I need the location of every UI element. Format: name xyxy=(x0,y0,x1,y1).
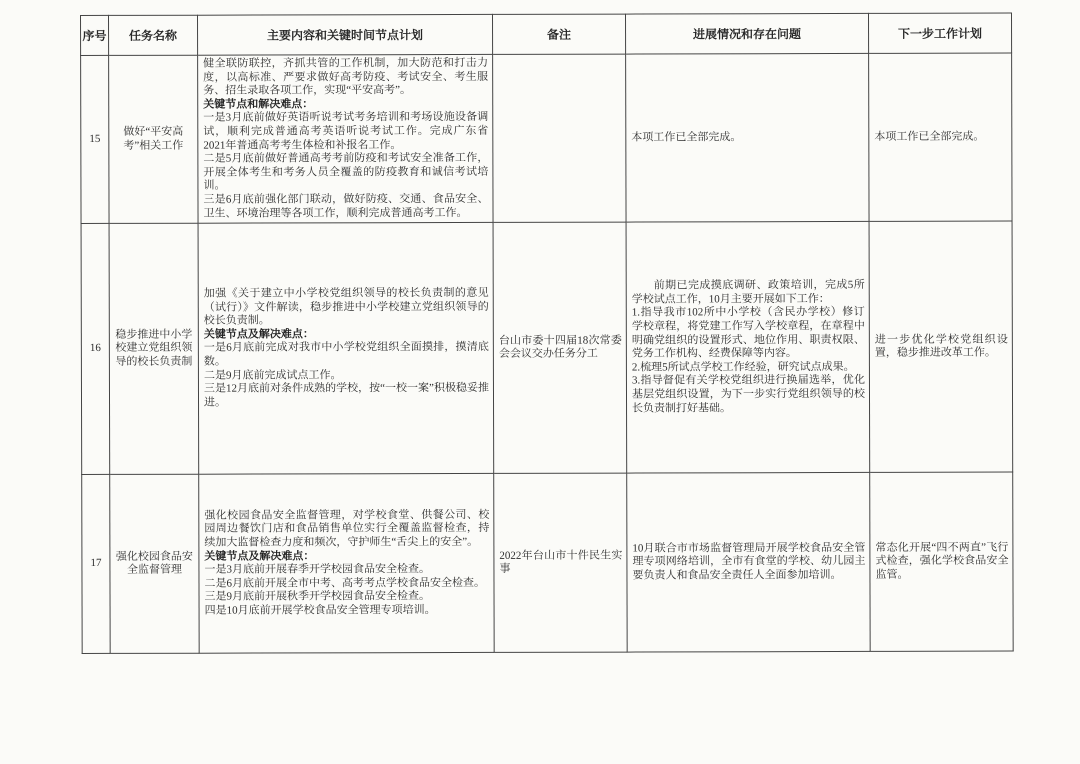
header-cell-main-content: 主要内容和关键时间节点计划 xyxy=(198,14,493,55)
remark-cell xyxy=(493,54,626,222)
seq-cell: 15 xyxy=(81,55,109,223)
scanned-document-page: 序号 任务名称 主要内容和关键时间节点计划 备注 进展情况和存在问题 下一步工作… xyxy=(0,0,1080,764)
next-plan-cell: 本项工作已全部完成。 xyxy=(869,53,1012,221)
header-cell-remark: 备注 xyxy=(492,14,625,54)
work-plan-table: 序号 任务名称 主要内容和关键时间节点计划 备注 进展情况和存在问题 下一步工作… xyxy=(80,13,1014,655)
progress-cell: 本项工作已全部完成。 xyxy=(626,53,869,222)
text-line: 二是6月底前开展全市中考、高考考点学校食品安全检查。 xyxy=(204,577,489,591)
header-cell-next-plan: 下一步工作计划 xyxy=(868,13,1011,53)
task-name-cell: 强化校园食品安全监督管理 xyxy=(110,474,199,653)
text-line: 本项工作已全部完成。 xyxy=(631,131,864,145)
remark-cell: 2022年台山市十件民生实事 xyxy=(494,473,627,652)
text-line: 10月联合市市场监督管理局开展学校食品安全管理专项网络培训，全市有食堂的学校、幼… xyxy=(632,542,865,583)
text-line: 三是6月底前强化部门联动，做好防疫、交通、食品安全、卫生、环境治理等各项工作，顺… xyxy=(203,193,488,221)
header-cell-seq: 序号 xyxy=(81,15,109,55)
text-line: 三是9月底前开展秋季开学校园食品安全检查。 xyxy=(205,590,490,604)
text-line: 一是6月底前完成对我市中小学校党组织全面摸排，摸清底数。 xyxy=(204,341,489,369)
text-line: 四是10月底前开展学校食品安全管理专项培训。 xyxy=(205,604,490,618)
work-plan-table-container: 序号 任务名称 主要内容和关键时间节点计划 备注 进展情况和存在问题 下一步工作… xyxy=(80,13,1014,655)
main-content-cell: 强化校园食品安全监督管理，对学校食堂、供餐公司、校园周边餐饮门店和食品销售单位实… xyxy=(199,474,494,654)
task-name-cell: 做好“平安高考”相关工作 xyxy=(109,55,198,223)
header-row: 序号 任务名称 主要内容和关键时间节点计划 备注 进展情况和存在问题 下一步工作… xyxy=(81,13,1012,55)
text-line: 关键节点及解决难点： xyxy=(204,328,489,342)
text-line: 前期已完成摸底调研、政策培训，完成5所学校试点工作，10月主要开展如下工作： xyxy=(632,279,865,307)
progress-cell: 10月联合市市场监督管理局开展学校食品安全管理专项网络培训，全市有食堂的学校、幼… xyxy=(627,473,870,653)
text-line: 加强《关于建立中小学校党组织领导的校长负责制的意见（试行）》文件解读，稳步推进中… xyxy=(204,287,489,329)
seq-cell: 17 xyxy=(82,475,110,654)
text-line: 3.指导督促有关学校党组织进行换届选举，优化基层党组织设置，为下一步实行党组织领… xyxy=(632,374,865,415)
table-row: 15 做好“平安高考”相关工作 健全联防联控，齐抓共管的工作机制，加大防范和打击… xyxy=(81,53,1012,224)
text-line: 强化校园食品安全监督管理，对学校食堂、供餐公司、校园周边餐饮门店和食品销售单位实… xyxy=(204,509,489,551)
header-cell-progress: 进展情况和存在问题 xyxy=(625,13,868,54)
next-plan-cell: 常态化开展“四不两直”飞行式检查，强化学校食品安全监管。 xyxy=(870,472,1013,651)
table-row: 17 强化校园食品安全监督管理 强化校园食品安全监督管理，对学校食堂、供餐公司、… xyxy=(82,472,1013,653)
text-line: 一是3月底前开展春季开学校园食品安全检查。 xyxy=(204,563,489,577)
remark-cell: 台山市委十四届18次常委会会议交办任务分工 xyxy=(493,222,627,473)
text-line: 健全联防联控，齐抓共管的工作机制，加大防范和打击力度，以高标准、严要求做好高考防… xyxy=(203,57,488,99)
main-content-cell: 加强《关于建立中小学校党组织领导的校长负责制的意见（试行）》文件解读，稳步推进中… xyxy=(198,223,494,475)
header-cell-task-name: 任务名称 xyxy=(109,15,198,55)
main-content-cell: 健全联防联控，齐抓共管的工作机制，加大防范和打击力度，以高标准、严要求做好高考防… xyxy=(198,54,493,223)
task-name-cell: 稳步推进中小学校建立党组织领导的校长负责制 xyxy=(109,223,199,474)
text-line: 2.梳理5所试点学校工作经验，研究试点成果。 xyxy=(632,361,865,375)
text-line: 二是9月底前完成试点工作。 xyxy=(204,368,489,382)
progress-cell: 前期已完成摸底调研、政策培训，完成5所学校试点工作，10月主要开展如下工作：1.… xyxy=(626,222,870,474)
text-line: 三是12月底前对条件成熟的学校，按“一校一案”积极稳妥推进。 xyxy=(204,382,489,410)
seq-cell: 16 xyxy=(81,224,110,475)
text-line: 关键节点和解决难点： xyxy=(203,98,488,112)
text-line: 二是5月底前做好普通高考考前防疫和考试安全准备工作，开展全体考生和考务人员全覆盖… xyxy=(203,152,488,194)
table-row: 16 稳步推进中小学校建立党组织领导的校长负责制 加强《关于建立中小学校党组织领… xyxy=(81,221,1013,474)
text-line: 关键节点及解决难点： xyxy=(204,549,489,563)
next-plan-cell: 进一步优化学校党组织设置，稳步推进改革工作。 xyxy=(869,221,1013,472)
text-line: 一是3月底前做好英语听说考试考务培训和考场设施设备调试，顺利完成普通高考英语听说… xyxy=(203,111,488,153)
text-line: 1.指导我市102所中小学校（含民办学校）修订学校章程，将党建工作写入学校章程，… xyxy=(632,306,865,361)
